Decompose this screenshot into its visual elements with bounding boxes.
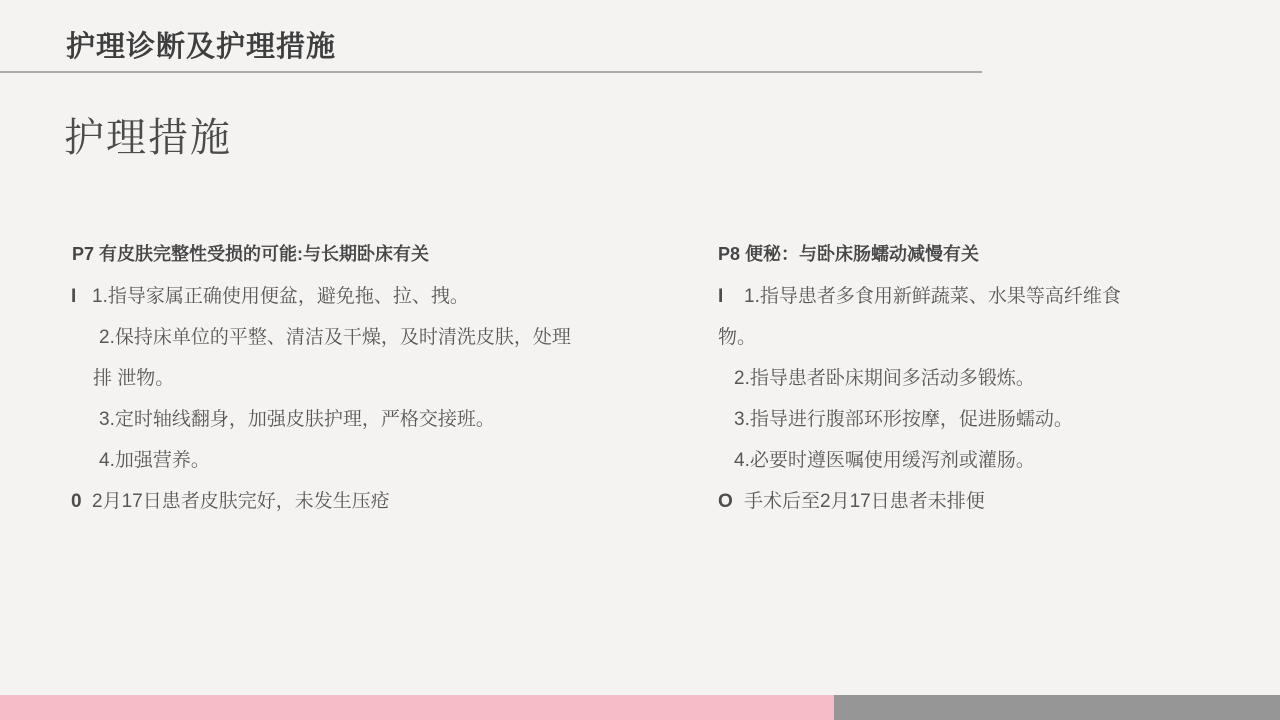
- p8-intervention-line-1: I 1.指导患者多食用新鲜蔬菜、水果等高纤维食: [718, 276, 1238, 317]
- line-text: 物。: [718, 317, 756, 358]
- slide-title: 护理诊断及护理措施: [66, 24, 336, 65]
- title-divider-line: [0, 71, 982, 73]
- footer-accent-gray: [834, 695, 1280, 720]
- p7-intervention-line-1: I 1.指导家属正确使用便盆，避免拖、拉、拽。: [64, 276, 684, 317]
- intervention-marker: I: [718, 276, 744, 317]
- p8-intervention-line-3: 3.指导进行腹部环形按摩，促进肠蠕动。: [718, 399, 1238, 440]
- outcome-marker: O: [718, 481, 744, 522]
- line-text: 2.指导患者卧床期间多活动多锻炼。: [734, 358, 1035, 399]
- p8-diagnosis-header: P8 便秘：与卧床肠蠕动减慢有关: [718, 232, 1238, 276]
- column-p7: P7 有皮肤完整性受损的可能:与长期卧床有关 I 1.指导家属正确使用便盆，避免…: [64, 232, 684, 522]
- line-text: 3.定时轴线翻身，加强皮肤护理，严格交接班。: [99, 399, 495, 440]
- section-heading: 护理措施: [64, 106, 232, 163]
- line-text: 手术后至2月17日患者未排便: [744, 481, 985, 522]
- line-text: 4.必要时遵医嘱使用缓泻剂或灌肠。: [734, 440, 1035, 481]
- line-text: 1.指导家属正确使用便盆，避免拖、拉、拽。: [92, 276, 469, 317]
- p8-intervention-line-1-wrap: 物。: [718, 317, 1238, 358]
- line-text: 3.指导进行腹部环形按摩，促进肠蠕动。: [734, 399, 1073, 440]
- line-text: 2.保持床单位的平整、清洁及干燥，及时清洗皮肤，处理: [99, 317, 571, 358]
- line-text: 2月17日患者皮肤完好，未发生压疮: [92, 481, 390, 522]
- p7-intervention-line-4: 4.加强营养。: [64, 440, 684, 481]
- line-text: 1.指导患者多食用新鲜蔬菜、水果等高纤维食: [744, 276, 1121, 317]
- line-text: 4.加强营养。: [99, 440, 210, 481]
- p7-intervention-line-2: 2.保持床单位的平整、清洁及干燥，及时清洗皮肤，处理: [64, 317, 684, 358]
- p7-intervention-line-2-wrap: 排 泄物。: [64, 358, 684, 399]
- presentation-slide: 护理诊断及护理措施 护理措施 P7 有皮肤完整性受损的可能:与长期卧床有关 I …: [0, 0, 1280, 720]
- footer-accent-pink: [0, 695, 834, 720]
- p8-intervention-line-4: 4.必要时遵医嘱使用缓泻剂或灌肠。: [718, 440, 1238, 481]
- p8-outcome-line: O 手术后至2月17日患者未排便: [718, 481, 1238, 522]
- outcome-marker: 0: [64, 481, 92, 522]
- p8-intervention-line-2: 2.指导患者卧床期间多活动多锻炼。: [718, 358, 1238, 399]
- p7-intervention-line-3: 3.定时轴线翻身，加强皮肤护理，严格交接班。: [64, 399, 684, 440]
- column-p8: P8 便秘：与卧床肠蠕动减慢有关 I 1.指导患者多食用新鲜蔬菜、水果等高纤维食…: [718, 232, 1238, 522]
- line-text: 排 泄物。: [93, 358, 174, 399]
- intervention-marker: I: [64, 276, 92, 317]
- p7-outcome-line: 0 2月17日患者皮肤完好，未发生压疮: [64, 481, 684, 522]
- p7-diagnosis-header: P7 有皮肤完整性受损的可能:与长期卧床有关: [64, 232, 684, 276]
